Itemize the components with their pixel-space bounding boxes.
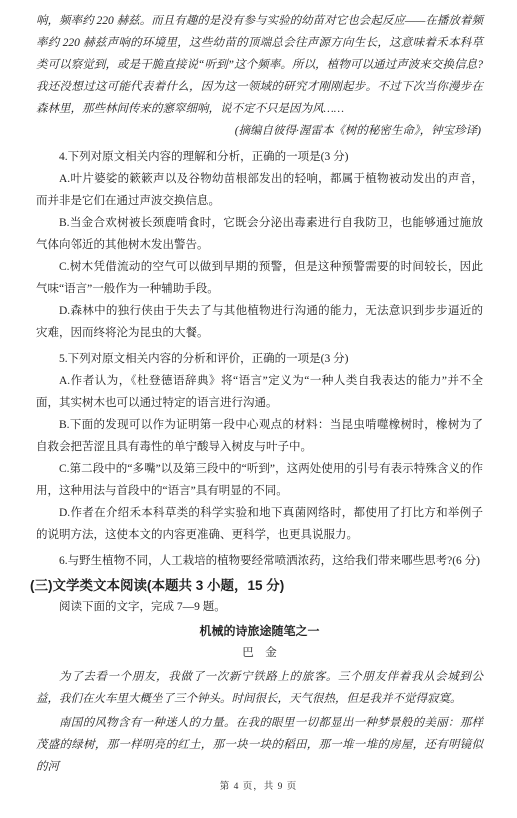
passage2-paragraph-2: 南国的风物含有一种迷人的力量。在我的眼里一切都显出一种梦景般的美丽：那样茂盛的绿…: [36, 712, 483, 778]
section-3-header: (三)文学类文本阅读(本题共 3 小题，15 分): [30, 576, 483, 596]
question-4-stem: 4.下列对原文相关内容的理解和分析，正确的一项是(3 分): [36, 146, 483, 168]
question-5-option-a: A.作者认为，《杜登德语辞典》将“语言”定义为“一种人类自我表达的能力”并不全面…: [36, 370, 483, 414]
question-5-option-d: D.作者在介绍禾本科草类的科学实验和地下真菌网络时，都使用了打比方和举例子的说明…: [36, 502, 483, 546]
passage2-title: 机械的诗旅途随笔之一: [36, 620, 483, 642]
question-5-option-c: C.第二段中的“多嘴”以及第三段中的“听到”，这两处使用的引号有表示特殊含义的作…: [36, 458, 483, 502]
passage2-author: 巴 金: [36, 642, 483, 664]
reading-instruction: 阅读下面的文字，完成 7—9 题。: [36, 598, 483, 616]
passage2-paragraph-1: 为了去看一个朋友，我做了一次新宁铁路上的旅客。三个朋友伴着我从会城到公益，我们在…: [36, 666, 483, 710]
document-page: 响，频率约 220 赫兹。而且有趣的是没有参与实验的幼苗对它也会起反应——在播放…: [0, 0, 517, 818]
page-number-footer: 第 4 页，共 9 页: [0, 778, 517, 792]
question-4-option-d: D.森林中的独行侠由于失去了与其他植物进行沟通的能力，无法意识到步步逼近的灾难，…: [36, 300, 483, 344]
question-5: 5.下列对原文相关内容的分析和评价，正确的一项是(3 分) A.作者认为，《杜登…: [36, 348, 483, 546]
question-4: 4.下列对原文相关内容的理解和分析，正确的一项是(3 分) A.叶片婆娑的簌簌声…: [36, 146, 483, 344]
question-6: 6.与野生植物不同，人工栽培的植物要经常喷洒浓药，这给我们带来哪些思考?(6 分…: [36, 550, 483, 572]
question-5-stem: 5.下列对原文相关内容的分析和评价，正确的一项是(3 分): [36, 348, 483, 370]
question-4-option-b: B.当金合欢树被长颈鹿啃食时，它既会分泌出毒素进行自我防卫，也能够通过施放气体向…: [36, 212, 483, 256]
question-4-option-a: A.叶片婆娑的簌簌声以及谷物幼苗根部发出的轻响，都属于植物被动发出的声音，而并非…: [36, 168, 483, 212]
question-6-stem: 6.与野生植物不同，人工栽培的植物要经常喷洒浓药，这给我们带来哪些思考?(6 分…: [36, 550, 483, 572]
question-5-option-b: B.下面的发现可以作为证明第一段中心观点的材料：当昆虫啃噬橡树时，橡树为了自救会…: [36, 414, 483, 458]
question-4-option-c: C.树木凭借流动的空气可以做到早期的预警，但是这种预警需要的时间较长，因此气味“…: [36, 256, 483, 300]
passage1-attribution: (摘编自彼得·渥雷本《树的秘密生命》，钟宝珍译): [36, 120, 483, 142]
passage1-continuation-paragraph: 响，频率约 220 赫兹。而且有趣的是没有参与实验的幼苗对它也会起反应——在播放…: [36, 10, 483, 120]
